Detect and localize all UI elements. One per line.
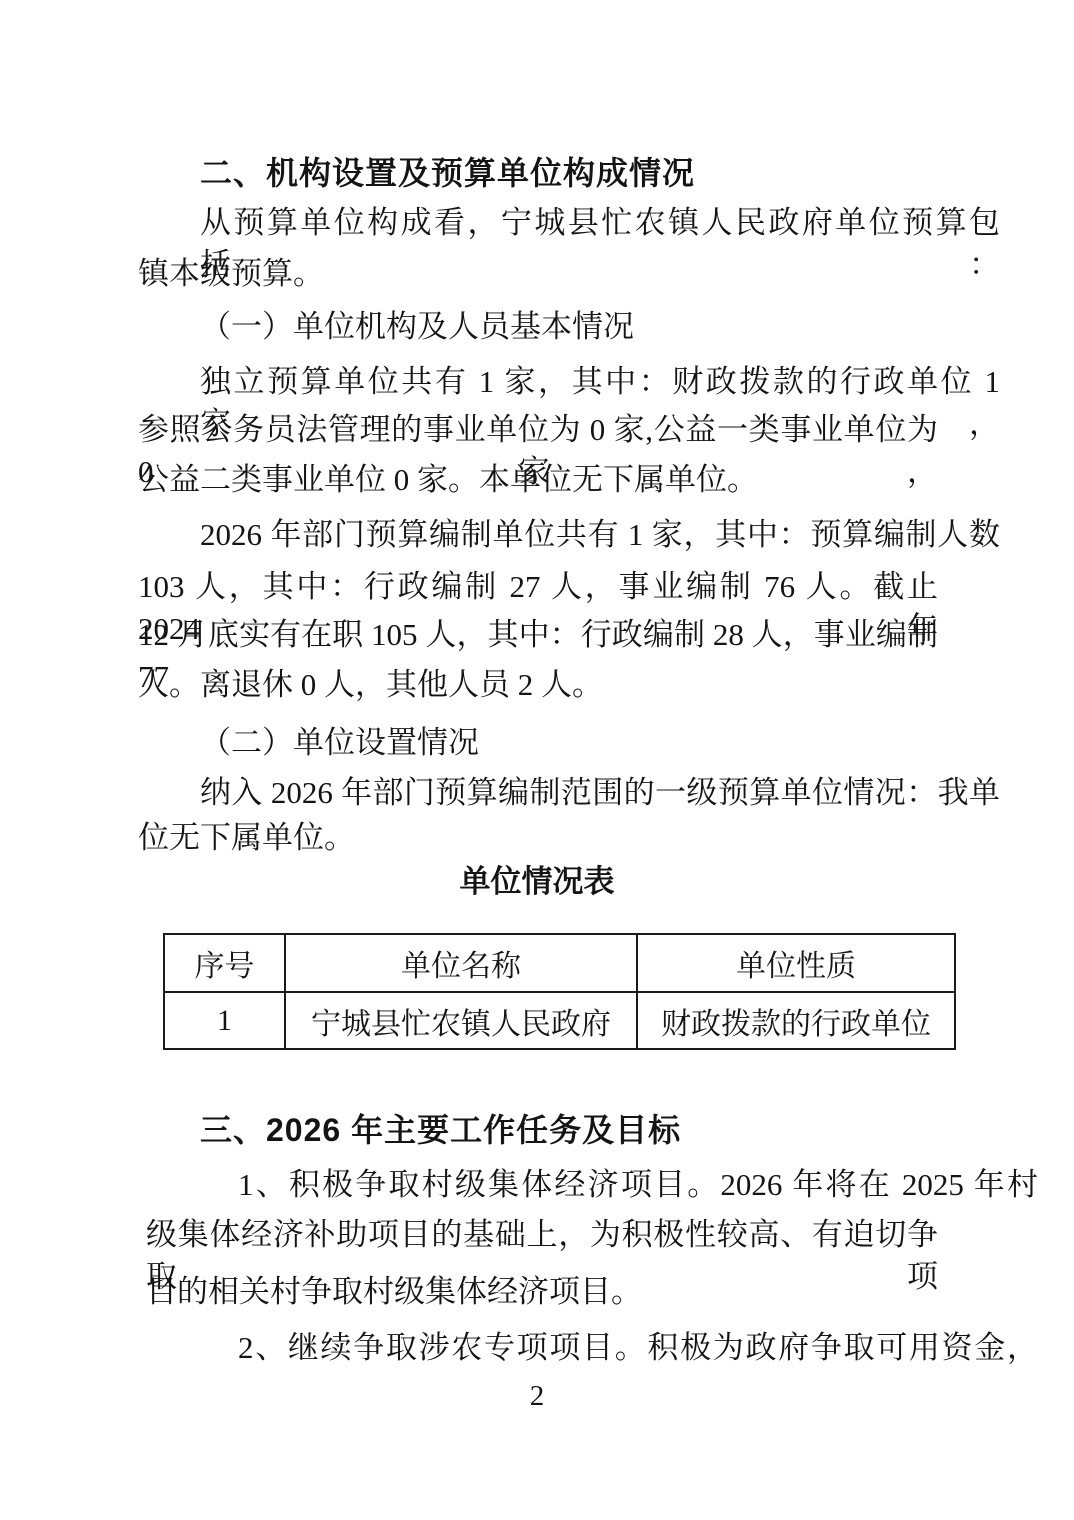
section2-para4-line2: 位无下属单位。 [138,817,938,859]
unit-table-title: 单位情况表 [0,861,1074,903]
section3-para1-line3: 目的相关村争取村级集体经济项目。 [146,1271,938,1313]
section2-para3-line1: 2026 年部门预算编制单位共有 1 家，其中：预算编制人数 [138,514,1000,556]
unit-table-cell-no: 1 [164,992,285,1049]
unit-table-header-row: 序号 单位名称 单位性质 [164,934,955,992]
section3-para1-line1: 1、积极争取村级集体经济项目。2026 年将在 2025 年村 [138,1164,1038,1206]
section2-sub2-heading: （二）单位设置情况 [138,722,1000,764]
section2-para4-line1: 纳入 2026 年部门预算编制范围的一级预算单位情况：我单 [138,772,1000,814]
unit-table-cell-type: 财政拨款的行政单位 [637,992,955,1049]
section2-para1-line2: 镇本级预算。 [138,253,938,295]
unit-table-header-no: 序号 [164,934,285,992]
unit-table-cell-name: 宁城县忙农镇人民政府 [285,992,637,1049]
page-number: 2 [0,1377,1074,1415]
section3-heading: 三、2026 年主要工作任务及目标 [138,1109,1000,1151]
unit-table: 序号 单位名称 单位性质 1 宁城县忙农镇人民政府 财政拨款的行政单位 [163,933,956,1050]
section2-para2-line3: 公益二类事业单位 0 家。本单位无下属单位。 [138,459,938,501]
section2-heading: 二、机构设置及预算单位构成情况 [138,152,1000,194]
section2-sub1-heading: （一）单位机构及人员基本情况 [138,306,1000,348]
section2-para3-line4: 人。离退休 0 人，其他人员 2 人。 [138,664,938,706]
document-page: 二、机构设置及预算单位构成情况 从预算单位构成看，宁城县忙农镇人民政府单位预算包… [0,0,1074,1520]
unit-table-row: 1 宁城县忙农镇人民政府 财政拨款的行政单位 [164,992,955,1049]
unit-table-header-type: 单位性质 [637,934,955,992]
unit-table-header-name: 单位名称 [285,934,637,992]
section3-para2-line1: 2、继续争取涉农专项项目。积极为政府争取可用资金， [138,1327,1038,1369]
